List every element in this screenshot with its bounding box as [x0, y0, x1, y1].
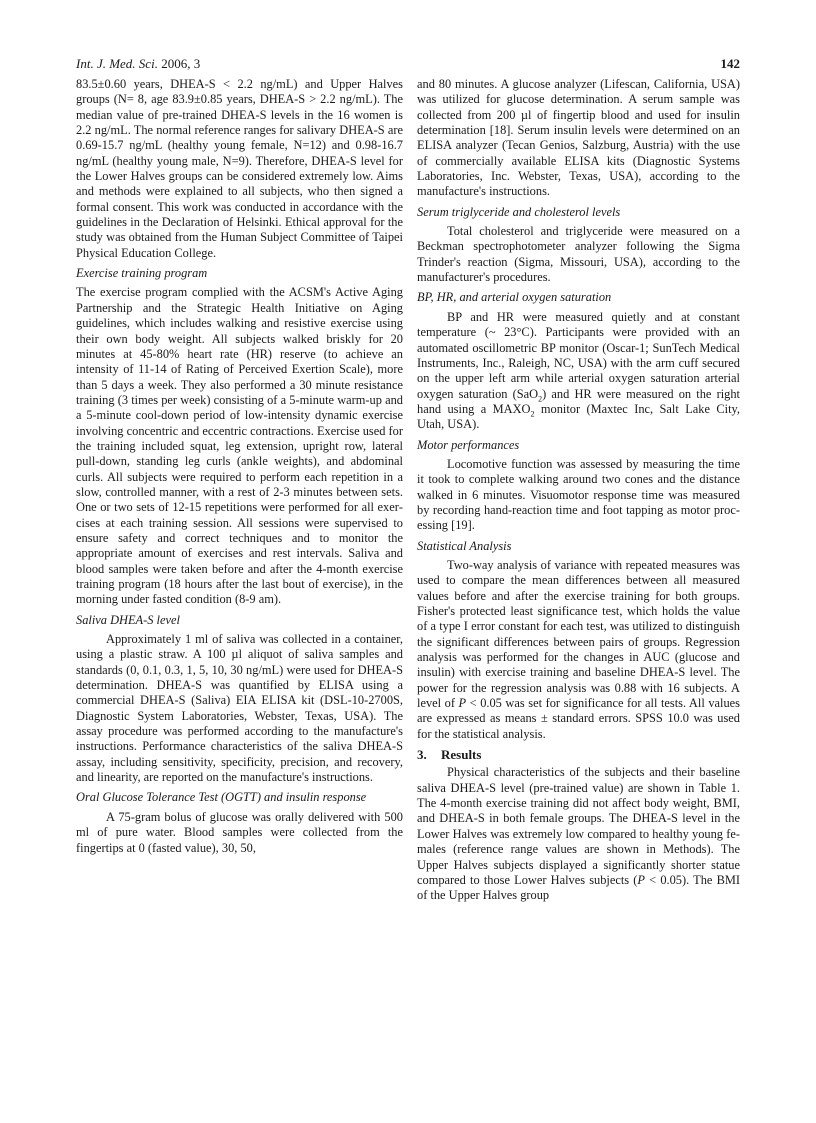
journal-citation: Int. J. Med. Sci. 2006, 3 — [76, 55, 200, 73]
serum-lipids-paragraph: Total cholesterol and triglyceride were … — [417, 224, 740, 285]
stat-text-1: Two-way analysis of variance with repeat… — [417, 558, 740, 710]
right-column: and 80 minutes. A glucose analyzer (Life… — [417, 77, 740, 909]
section-number: 3. — [417, 747, 441, 762]
exercise-training-paragraph: The exercise program complied with the A… — [76, 285, 403, 607]
section-heading-results: 3.Results — [417, 747, 740, 762]
p-value-symbol: P — [637, 873, 645, 887]
motor-performances-paragraph: Locomotive function was assessed by meas… — [417, 457, 740, 534]
subheading-motor-performances: Motor performances — [417, 438, 740, 453]
p-value-symbol: P — [459, 696, 467, 710]
section-title: Results — [441, 747, 481, 762]
saliva-dheas-paragraph: Approximately 1 ml of saliva was collect… — [76, 632, 403, 785]
subheading-serum-lipids: Serum triglyceride and cholesterol level… — [417, 205, 740, 220]
bp-hr-paragraph: BP and HR were measured quietly and at c… — [417, 310, 740, 433]
subheading-exercise-training: Exercise training program — [76, 266, 403, 281]
page-header: Int. J. Med. Sci. 2006, 3 142 — [76, 55, 740, 73]
subheading-bp-hr: BP, HR, and arterial oxygen saturation — [417, 290, 740, 305]
left-column: 83.5±0.60 years, DHEA-S < 2.2 ng/mL) and… — [76, 77, 403, 861]
journal-name: Int. J. Med. Sci. — [76, 56, 158, 71]
ogtt-paragraph-continued: and 80 minutes. A glucose analyzer (Life… — [417, 77, 740, 200]
results-text-1: Physical characteristics of the subjects… — [417, 765, 740, 886]
ogtt-paragraph: A 75-gram bolus of glucose was orally de… — [76, 810, 403, 856]
subheading-saliva-dheas: Saliva DHEA-S level — [76, 613, 403, 628]
stat-text-2: < 0.05 was set for significance for all … — [417, 696, 740, 741]
page-number: 142 — [721, 55, 741, 73]
subheading-statistical-analysis: Statistical Analysis — [417, 539, 740, 554]
journal-year-volume: 2006, 3 — [158, 56, 200, 71]
participants-paragraph: 83.5±0.60 years, DHEA-S < 2.2 ng/mL) and… — [76, 77, 403, 261]
subheading-ogtt: Oral Glucose Tolerance Test (OGTT) and i… — [76, 790, 403, 805]
results-paragraph: Physical characteristics of the subjects… — [417, 765, 740, 903]
statistical-analysis-paragraph: Two-way analysis of variance with repeat… — [417, 558, 740, 742]
